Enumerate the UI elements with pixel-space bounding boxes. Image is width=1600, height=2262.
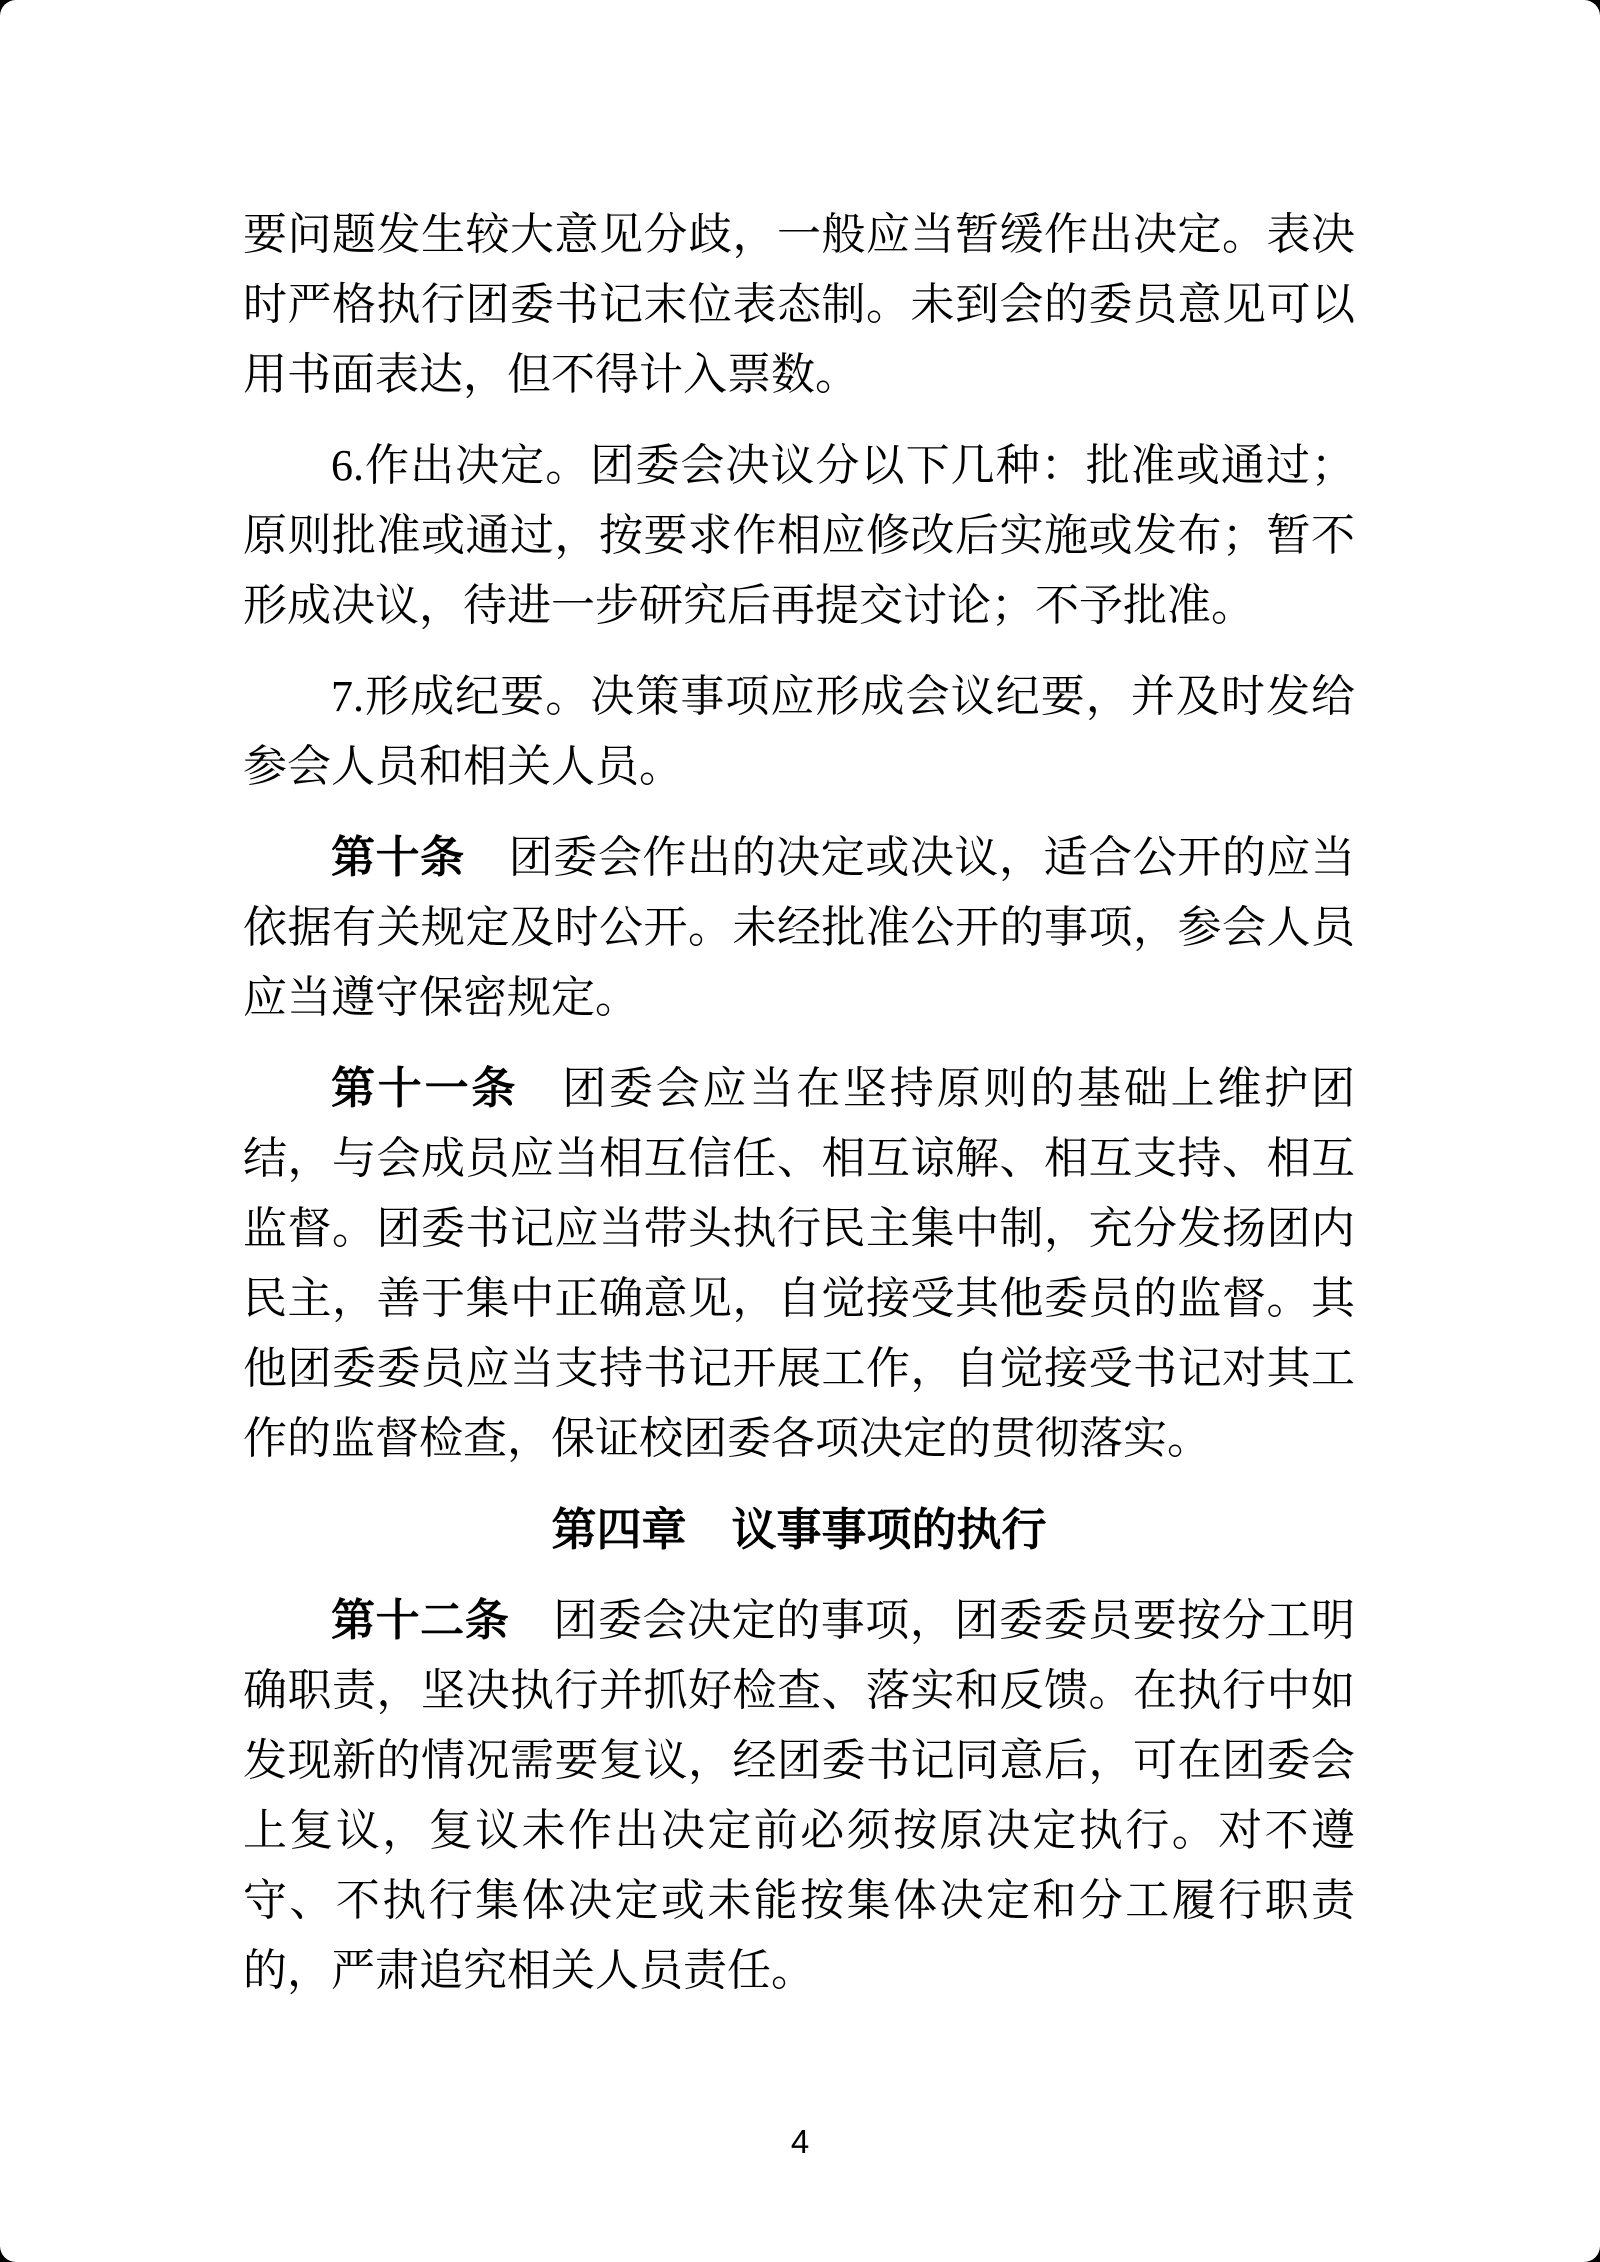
paragraph-text: 团委会应当在坚持原则的基础上维护团结，与会成员应当相互信任、相互谅解、相互支持、… [243,1064,1355,1463]
paragraph-text: 团委会决定的事项，团委委员要按分工明确职责，坚决执行并抓好检查、落实和反馈。在执… [243,1596,1355,1995]
paragraph: 要问题发生较大意见分歧，一般应当暂缓作出决定。表决时严格执行团委书记末位表态制。… [243,200,1355,410]
paragraph-text: 6.作出决定。团委会决议分以下几种：批准或通过；原则批准或通过，按要求作相应修改… [243,441,1355,630]
paragraph: 7.形成纪要。决策事项应形成会议纪要，并及时发给参会人员和相关人员。 [243,662,1355,802]
paragraph-article-11: 第十一条团委会应当在坚持原则的基础上维护团结，与会成员应当相互信任、相互谅解、相… [243,1054,1355,1474]
paragraph: 6.作出决定。团委会决议分以下几种：批准或通过；原则批准或通过，按要求作相应修改… [243,431,1355,641]
paragraph-text: 要问题发生较大意见分歧，一般应当暂缓作出决定。表决时严格执行团委书记末位表态制。… [243,210,1355,399]
paragraph-text: 7.形成纪要。决策事项应形成会议纪要，并及时发给参会人员和相关人员。 [243,672,1355,791]
chapter-heading: 第四章 议事事项的执行 [243,1495,1355,1565]
paragraph-article-12: 第十二条团委会决定的事项，团委委员要按分工明确职责，坚决执行并抓好检查、落实和反… [243,1586,1355,2006]
article-number: 第十一条 [331,1064,518,1113]
article-number: 第十条 [331,833,465,882]
document-body: 要问题发生较大意见分歧，一般应当暂缓作出决定。表决时严格执行团委书记末位表态制。… [243,200,1355,2027]
document-page: 要问题发生较大意见分歧，一般应当暂缓作出决定。表决时严格执行团委书记末位表态制。… [0,0,1600,2262]
page-number: 4 [0,2122,1600,2162]
article-number: 第十二条 [331,1596,509,1645]
paragraph-article-10: 第十条团委会作出的决定或决议，适合公开的应当依据有关规定及时公开。未经批准公开的… [243,823,1355,1033]
